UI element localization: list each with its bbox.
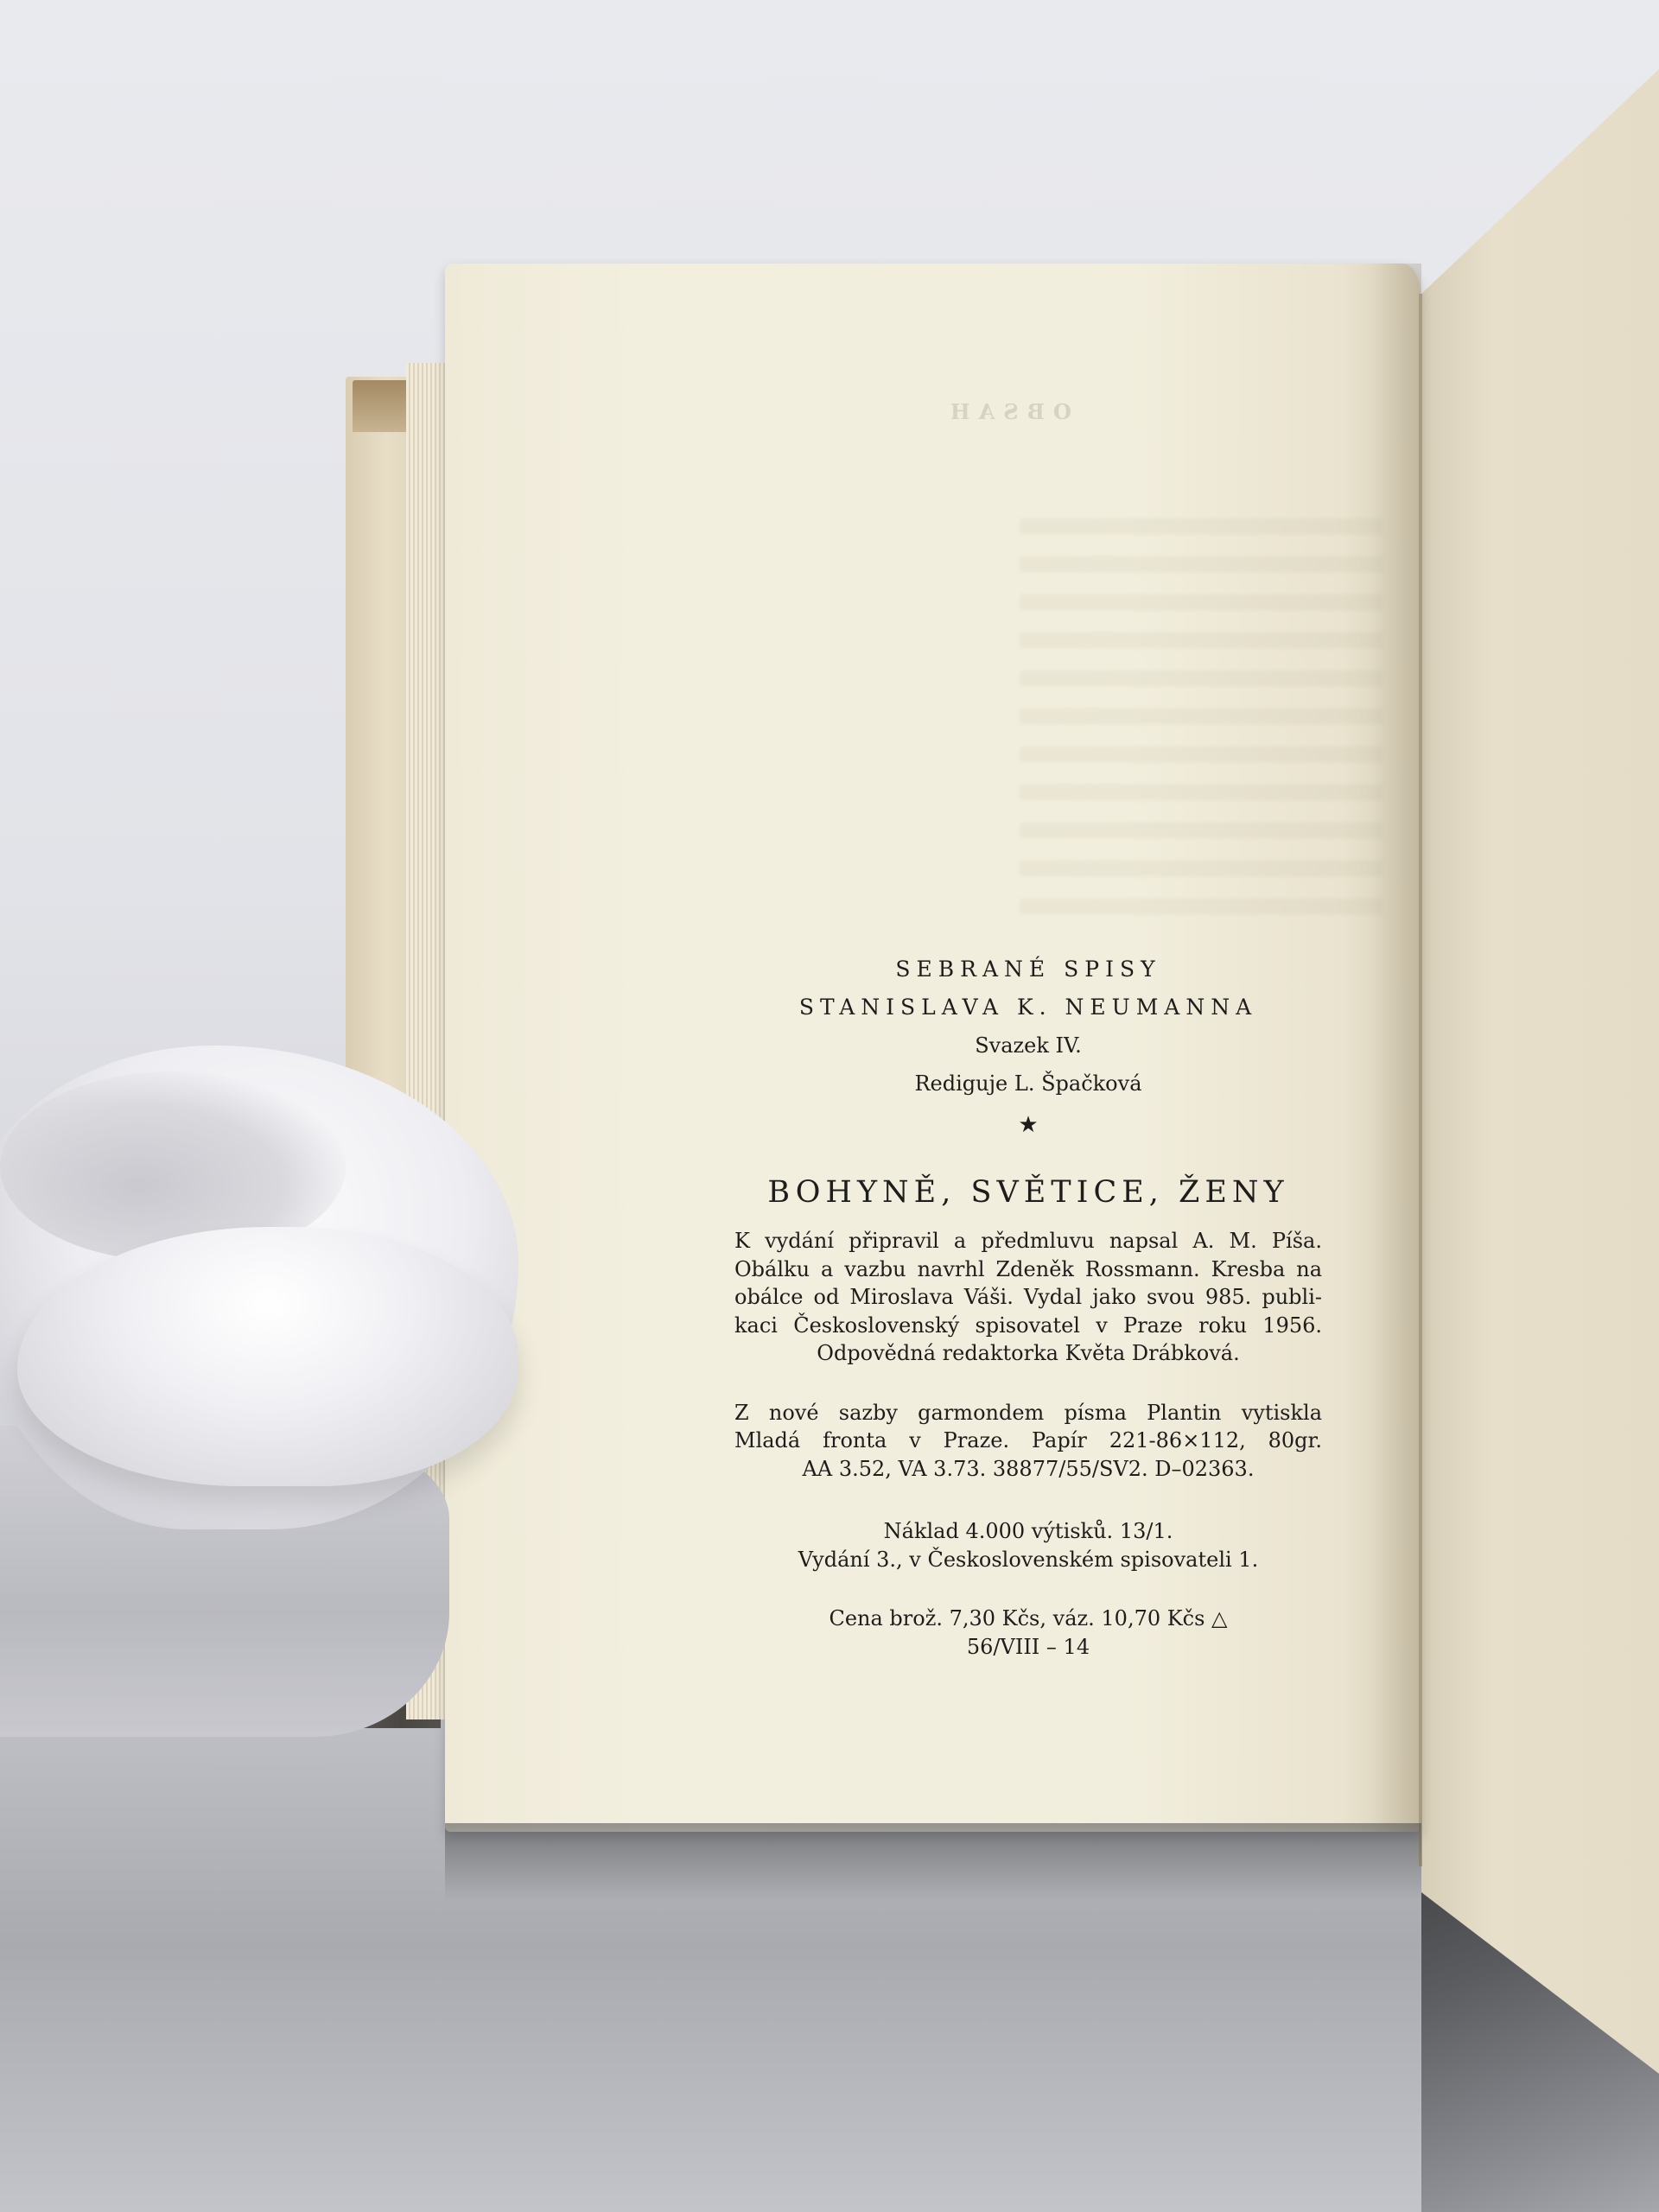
showthrough-text-lines [1020, 518, 1382, 916]
printing-line: AA 3.52, VA 3.73. 38877/55/SV2. D–02363. [734, 1455, 1322, 1484]
showthrough-header: OBSAH [942, 399, 1071, 424]
page-bottom-shadow [445, 1823, 1421, 1901]
spacer [717, 1483, 1339, 1507]
volume-number: Svazek IV. [717, 1027, 1339, 1065]
credits-line: kaci Československý spisovatel v Praze r… [734, 1312, 1322, 1340]
credits-line: Obálku a vazbu navrhl Zdeněk Rossmann. K… [734, 1255, 1322, 1284]
credits-line: Odpovědná redaktorka Květa Drábková. [734, 1339, 1322, 1368]
spacer [717, 1368, 1339, 1389]
book-title: BOHYNĚ, SVĚTICE, ŽENY [717, 1168, 1339, 1217]
printing-line: Mladá fronta v Praze. Papír 221-86×112, … [734, 1427, 1322, 1455]
photo-scene: OBSAH SEBRANÉ SPISY STANISLAVA K. NEUMAN… [0, 0, 1659, 2212]
right-page [1421, 0, 1659, 2212]
printing-details: Z nové sazby garmondem písma Plantin vyt… [734, 1399, 1322, 1484]
star-ornament-icon: ★ [717, 1108, 1339, 1142]
series-title-line1: SEBRANÉ SPISY [717, 950, 1339, 988]
price-line: Cena brož. 7,30 Kčs, váz. 10,70 Kčs △ [734, 1605, 1322, 1633]
price-block: Cena brož. 7,30 Kčs, váz. 10,70 Kčs △ 56… [734, 1605, 1322, 1661]
credits-line: obálce od Miroslava Váši. Vydal jako svo… [734, 1283, 1322, 1312]
colophon-text: SEBRANÉ SPISY STANISLAVA K. NEUMANNA Sva… [717, 950, 1339, 1661]
publication-credits: K vydání připravil a předmluvu napsal A.… [734, 1227, 1322, 1368]
edition-line: Vydání 3., v Československém spisovateli… [734, 1546, 1322, 1574]
book-gutter [1419, 294, 1422, 1866]
series-title-line2: STANISLAVA K. NEUMANNA [717, 988, 1339, 1027]
printing-line: Z nové sazby garmondem písma Plantin vyt… [734, 1399, 1322, 1427]
credits-line: K vydání připravil a předmluvu napsal A.… [734, 1227, 1322, 1255]
edition-line: Náklad 4.000 výtisků. 13/1. [734, 1517, 1322, 1546]
spacer [717, 1573, 1339, 1594]
catalog-code: 56/VIII – 14 [734, 1633, 1322, 1662]
edition-details: Náklad 4.000 výtisků. 13/1. Vydání 3., v… [734, 1517, 1322, 1573]
editor-credit: Rediguje L. Špačková [717, 1065, 1339, 1103]
